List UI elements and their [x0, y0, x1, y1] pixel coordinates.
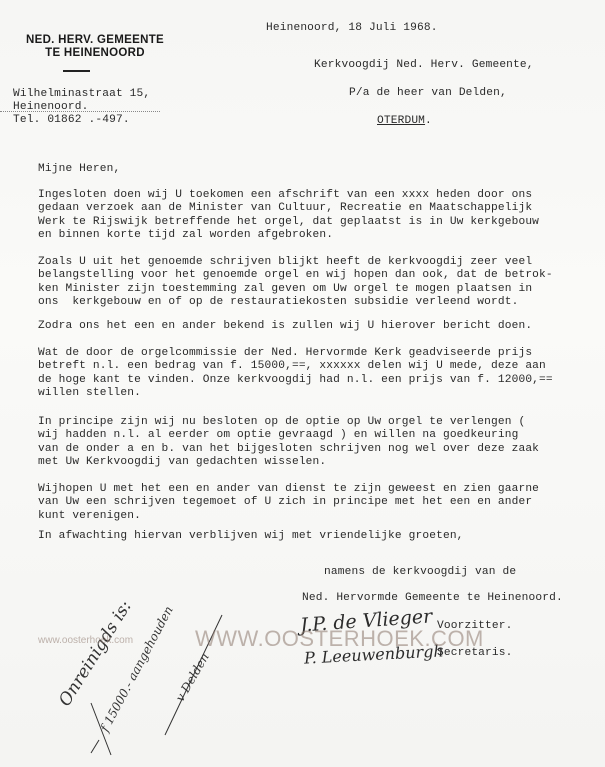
date-line: Heinenoord, 18 Juli 1968.: [266, 22, 438, 34]
paragraph-3: Zodra ons het een en ander bekend is zul…: [38, 320, 532, 333]
handwritten-bracket: [85, 695, 125, 760]
sender-city: Heinenoord.: [13, 101, 89, 114]
watermark-small: www.oosterhoek.com: [38, 635, 133, 646]
paragraph-5: In principe zijn wij nu besloten op de o…: [38, 416, 539, 469]
paragraph-4: Wat de door de orgelcommissie der Ned. H…: [38, 347, 553, 400]
recipient-line2: P/a de heer van Delden,: [349, 87, 507, 99]
paragraph-1: Ingesloten doen wij U toekomen een afsch…: [38, 189, 539, 242]
closing-organization: Ned. Hervormde Gemeente te Heinenoord.: [302, 592, 563, 604]
letterhead-line1: NED. HERV. GEMEENTE: [0, 34, 190, 47]
paragraph-7: In afwachting hiervan verblijven wij met…: [38, 530, 464, 543]
recipient-line1: Kerkvoogdij Ned. Herv. Gemeente,: [314, 59, 534, 71]
salutation: Mijne Heren,: [38, 163, 120, 176]
paragraph-6: Wijhopen U met het een en ander van dien…: [38, 483, 539, 523]
sender-phone: Tel. 01862 .-497.: [13, 114, 130, 127]
recipient-city-line: OTERDUM.: [377, 115, 432, 127]
closing-on-behalf: namens de kerkvoogdij van de: [324, 566, 516, 578]
letterhead-line2: TE HEINENOORD: [0, 47, 190, 60]
letterhead: NED. HERV. GEMEENTE TE HEINENOORD: [0, 34, 190, 60]
watermark-large: WWW.OOSTERHOEK.COM: [195, 626, 484, 652]
letter-page: NED. HERV. GEMEENTE TE HEINENOORD Wilhel…: [0, 0, 605, 767]
recipient-city-suffix: .: [425, 115, 432, 127]
paragraph-2: Zoals U uit het genoemde schrijven blijk…: [38, 256, 553, 309]
sender-street: Wilhelminastraat 15,: [13, 88, 150, 101]
recipient-city: OTERDUM: [377, 115, 425, 127]
letterhead-divider: [63, 70, 90, 72]
